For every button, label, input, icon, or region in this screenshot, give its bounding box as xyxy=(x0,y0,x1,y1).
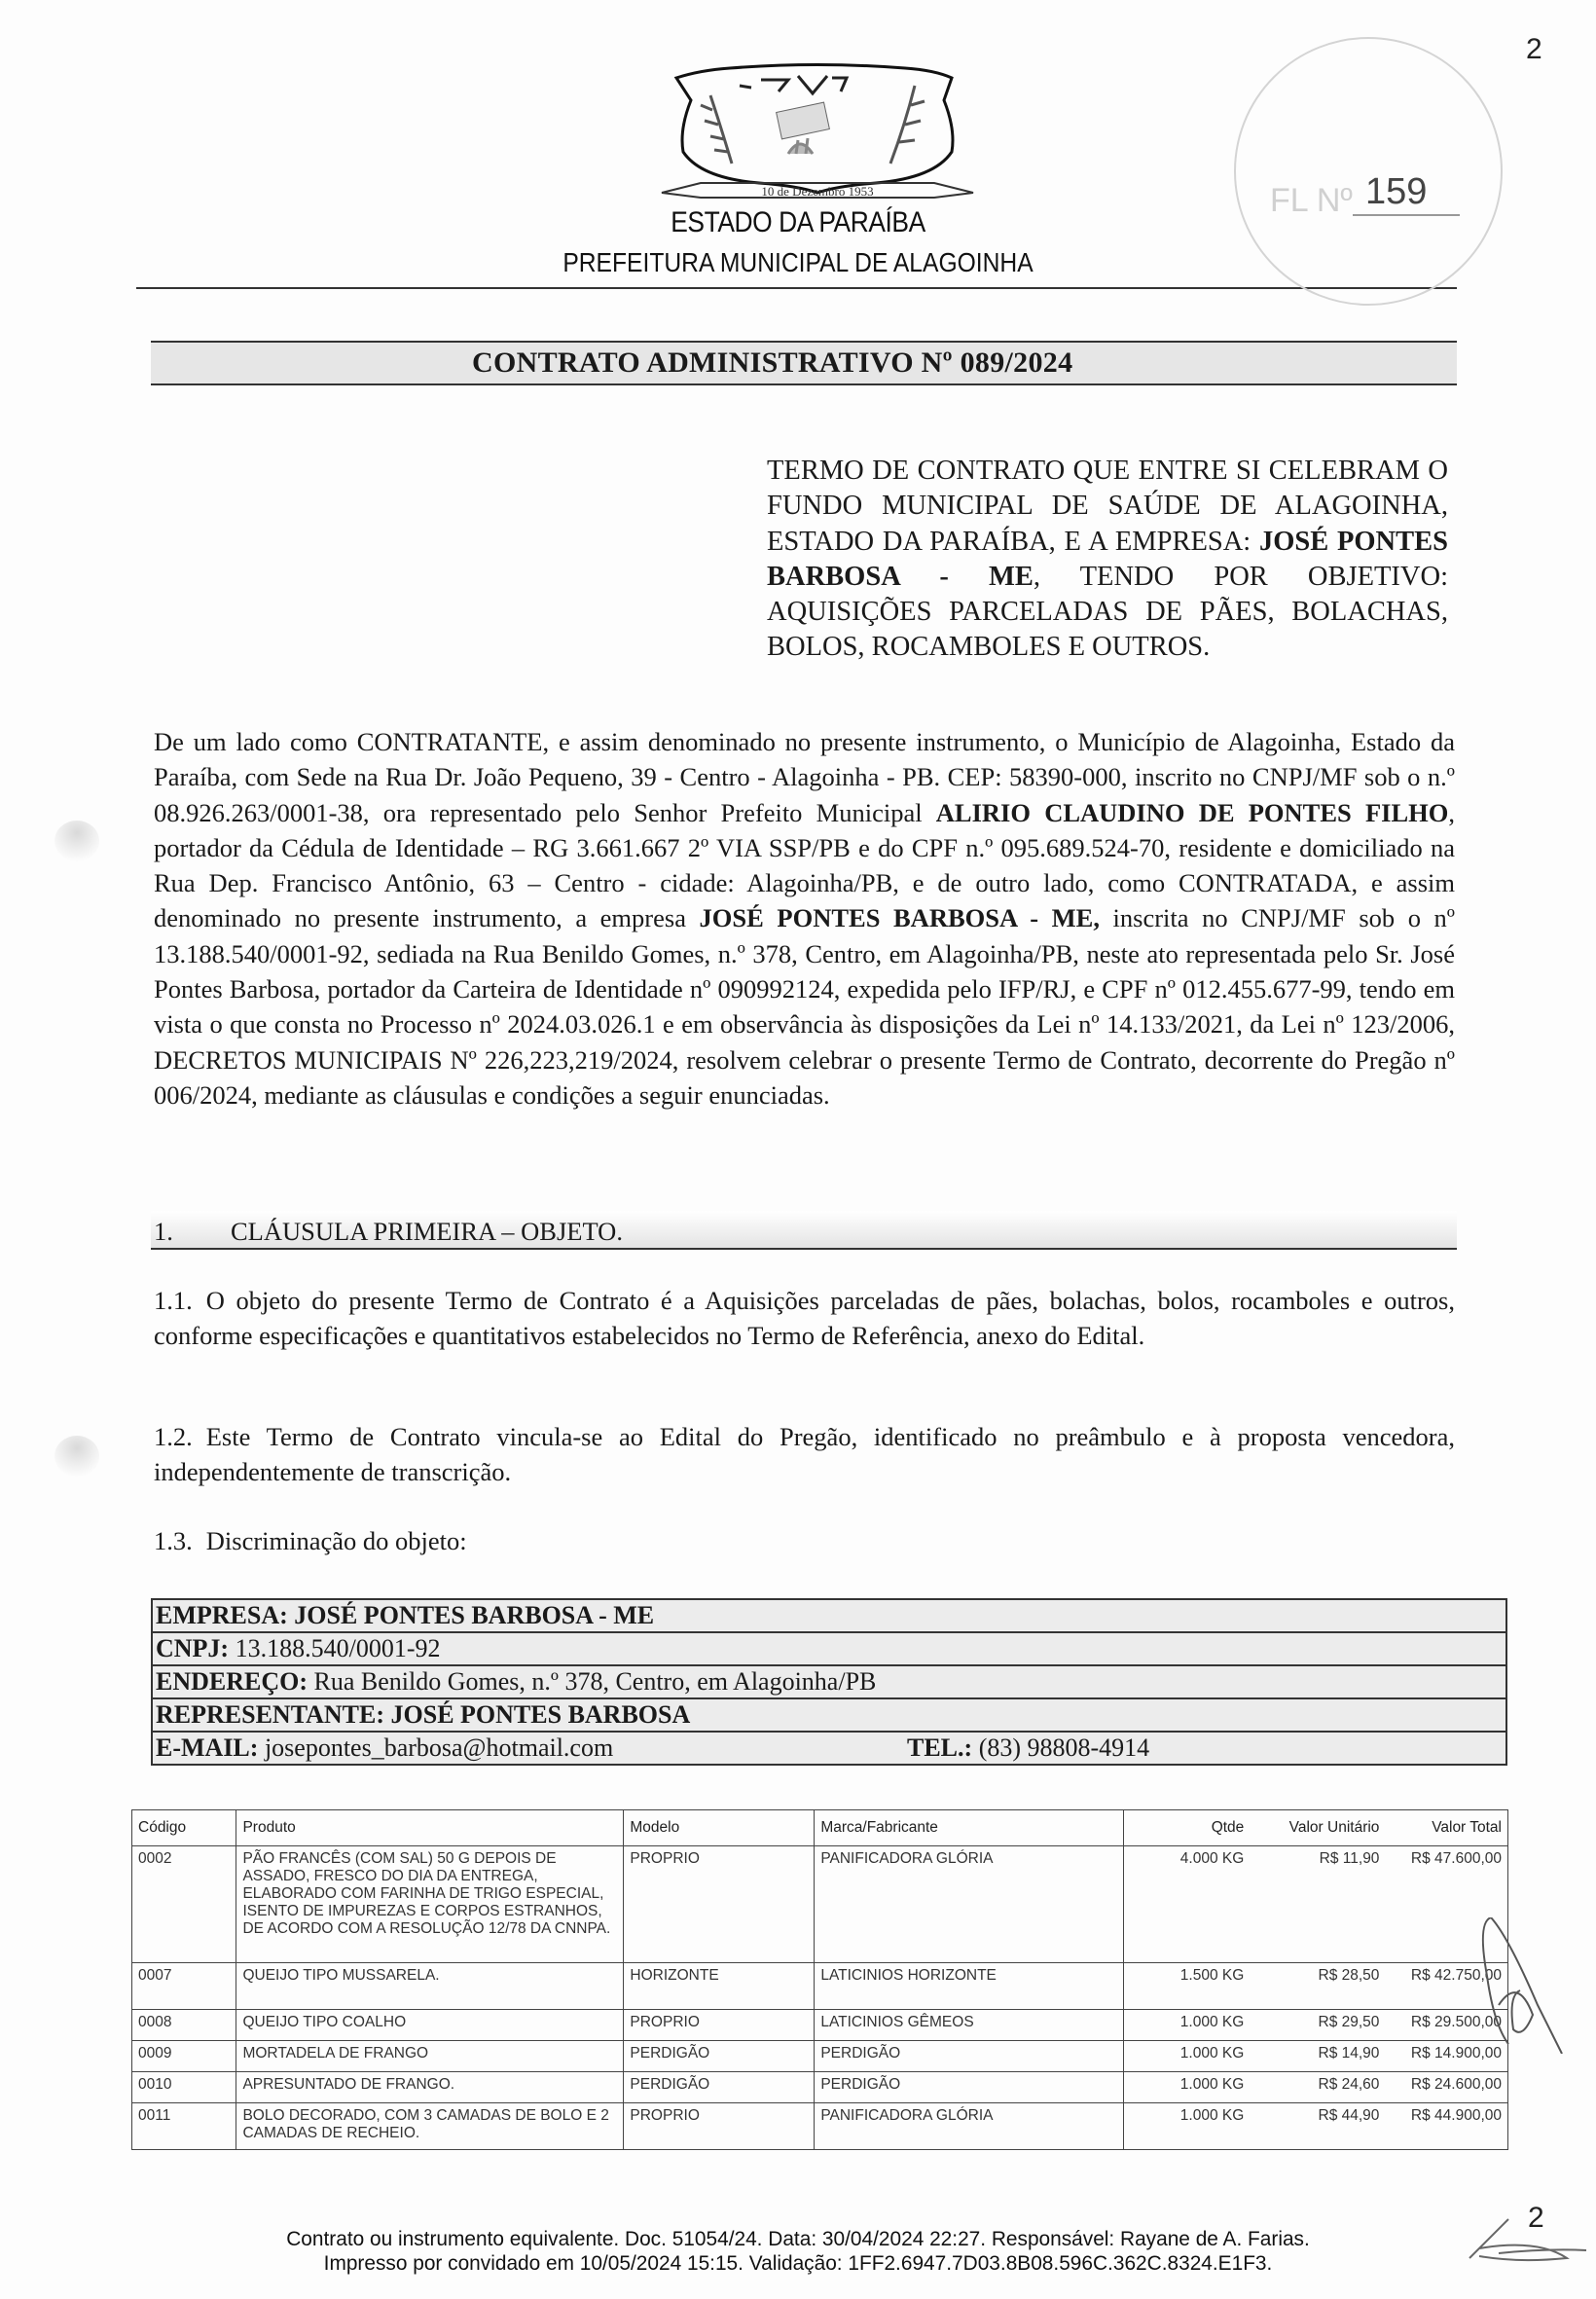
representante-value: JOSÉ PONTES BARBOSA xyxy=(391,1700,691,1729)
hole-punch-mark xyxy=(54,821,99,861)
empresa-label: EMPRESA: xyxy=(156,1601,288,1629)
cell-produto: PÃO FRANCÊS (COM SAL) 50 G DEPOIS DE ASS… xyxy=(236,1846,624,1963)
footer-validation: Impresso por convidado em 10/05/2024 15:… xyxy=(24,2251,1573,2276)
clause-1-heading: 1. CLÁUSULA PRIMEIRA – OBJETO. xyxy=(151,1211,1457,1250)
contract-title: CONTRATO ADMINISTRATIVO Nº 089/2024 xyxy=(472,347,1072,380)
stamp-underline xyxy=(1353,214,1460,216)
cell-produto: BOLO DECORADO, COM 3 CAMADAS DE BOLO E 2… xyxy=(236,2103,624,2150)
cell-valor-total: R$ 44.900,00 xyxy=(1385,2103,1507,2150)
item-number: 1.1. xyxy=(154,1286,193,1315)
tel-field: TEL.: (83) 98808-4914 xyxy=(907,1733,1149,1764)
col-produto: Produto xyxy=(236,1810,624,1846)
stamp-page-number: 159 xyxy=(1365,171,1427,213)
cell-modelo: PROPRIO xyxy=(624,2103,815,2150)
cell-modelo: PERDIGÃO xyxy=(624,2041,815,2072)
endereco-value: Rua Benildo Gomes, n.º 378, Centro, em A… xyxy=(314,1667,877,1696)
clause-item-1-2: 1.2.Este Termo de Contrato vincula-se ao… xyxy=(154,1419,1455,1490)
cell-codigo: 0011 xyxy=(132,2103,236,2150)
contract-title-bar: CONTRATO ADMINISTRATIVO Nº 089/2024 xyxy=(151,341,1457,385)
cell-codigo: 0007 xyxy=(132,1963,236,2010)
cell-produto: MORTADELA DE FRANGO xyxy=(236,2041,624,2072)
company-name: JOSÉ PONTES BARBOSA - ME, xyxy=(700,903,1100,932)
representante-label: REPRESENTANTE: xyxy=(156,1700,384,1729)
cell-codigo: 0008 xyxy=(132,2010,236,2041)
clause-item-1-3: 1.3.Discriminação do objeto: xyxy=(154,1523,1455,1558)
cell-codigo: 0009 xyxy=(132,2041,236,2072)
header-divider xyxy=(136,287,1457,289)
hole-punch-mark xyxy=(54,1436,99,1477)
cell-qtde: 1.000 KG xyxy=(1124,2072,1251,2103)
cell-valor-unitario: R$ 11,90 xyxy=(1250,1846,1385,1963)
empresa-row: EMPRESA: JOSÉ PONTES BARBOSA - ME xyxy=(153,1600,1505,1633)
table-row: 0009MORTADELA DE FRANGOPERDIGÃOPERDIGÃO1… xyxy=(132,2041,1508,2072)
cell-qtde: 4.000 KG xyxy=(1124,1846,1251,1963)
col-marca: Marca/Fabricante xyxy=(815,1810,1124,1846)
cell-qtde: 1.000 KG xyxy=(1124,2041,1251,2072)
tel-label: TEL.: xyxy=(907,1733,972,1762)
item-number: 1.2. xyxy=(154,1422,193,1451)
table-row: 0011BOLO DECORADO, COM 3 CAMADAS DE BOLO… xyxy=(132,2103,1508,2150)
municipal-coat-of-arms-icon: 10 de Dezembro 1953 xyxy=(642,56,993,202)
table-row: 0008QUEIJO TIPO COALHOPROPRIOLATICINIOS … xyxy=(132,2010,1508,2041)
email-row: E-MAIL: josepontes_barbosa@hotmail.com T… xyxy=(153,1733,1505,1764)
clause-title: CLÁUSULA PRIMEIRA – OBJETO. xyxy=(231,1217,623,1247)
item-text: Discriminação do objeto: xyxy=(206,1526,467,1555)
table-row: 0010APRESUNTADO DE FRANGO.PERDIGÃOPERDIG… xyxy=(132,2072,1508,2103)
tel-value: (83) 98808-4914 xyxy=(979,1733,1149,1762)
svg-text:10 de Dezembro 1953: 10 de Dezembro 1953 xyxy=(761,184,873,199)
cell-produto: QUEIJO TIPO COALHO xyxy=(236,2010,624,2041)
cell-marca: LATICINIOS HORIZONTE xyxy=(815,1963,1124,2010)
col-codigo: Código xyxy=(132,1810,236,1846)
email-label: E-MAIL: xyxy=(156,1733,258,1762)
cnpj-label: CNPJ: xyxy=(156,1634,229,1662)
table-row: 0002PÃO FRANCÊS (COM SAL) 50 G DEPOIS DE… xyxy=(132,1846,1508,1963)
empresa-value: JOSÉ PONTES BARBOSA - ME xyxy=(294,1601,654,1629)
cell-modelo: HORIZONTE xyxy=(624,1963,815,2010)
mayor-name: ALIRIO CLAUDINO DE PONTES FILHO xyxy=(936,798,1449,827)
intro-text: inscrita no CNPJ/MF sob o nº 13.188.540/… xyxy=(154,903,1455,1109)
cell-marca: PERDIGÃO xyxy=(815,2072,1124,2103)
preamble: TERMO DE CONTRATO QUE ENTRE SI CELEBRAM … xyxy=(767,454,1448,666)
cnpj-value: 13.188.540/0001-92 xyxy=(236,1634,441,1662)
cell-valor-unitario: R$ 14,90 xyxy=(1250,2041,1385,2072)
cell-valor-unitario: R$ 44,90 xyxy=(1250,2103,1385,2150)
cell-valor-total: R$ 24.600,00 xyxy=(1385,2072,1507,2103)
cell-produto: APRESUNTADO DE FRANGO. xyxy=(236,2072,624,2103)
cell-valor-unitario: R$ 29,50 xyxy=(1250,2010,1385,2041)
cell-marca: PERDIGÃO xyxy=(815,2041,1124,2072)
endereco-label: ENDEREÇO: xyxy=(156,1667,308,1696)
cell-valor-unitario: R$ 24,60 xyxy=(1250,2072,1385,2103)
item-number: 1.3. xyxy=(154,1526,193,1555)
table-row: 0007QUEIJO TIPO MUSSARELA.HORIZONTELATIC… xyxy=(132,1963,1508,2010)
representante-row: REPRESENTANTE: JOSÉ PONTES BARBOSA xyxy=(153,1699,1505,1733)
clause-item-1-1: 1.1.O objeto do presente Termo de Contra… xyxy=(154,1283,1455,1354)
page-number-top: 2 xyxy=(1526,33,1542,66)
items-table: Código Produto Modelo Marca/Fabricante Q… xyxy=(131,1809,1508,2150)
stamp-label: FL Nº xyxy=(1270,182,1353,220)
col-valor-unitario: Valor Unitário xyxy=(1250,1810,1385,1846)
footer-doc-info: Contrato ou instrumento equivalente. Doc… xyxy=(24,2227,1573,2251)
cell-marca: PANIFICADORA GLÓRIA xyxy=(815,2103,1124,2150)
cell-marca: PANIFICADORA GLÓRIA xyxy=(815,1846,1124,1963)
col-qtde: Qtde xyxy=(1124,1810,1251,1846)
cell-modelo: PROPRIO xyxy=(624,1846,815,1963)
handwritten-signature xyxy=(1479,1917,1586,2054)
email-link[interactable]: josepontes_barbosa@hotmail.com xyxy=(265,1733,613,1762)
cell-codigo: 0010 xyxy=(132,2072,236,2103)
col-modelo: Modelo xyxy=(624,1810,815,1846)
col-valor-total: Valor Total xyxy=(1385,1810,1507,1846)
item-text: Este Termo de Contrato vincula-se ao Edi… xyxy=(154,1422,1455,1486)
cell-qtde: 1.500 KG xyxy=(1124,1963,1251,2010)
cell-codigo: 0002 xyxy=(132,1846,236,1963)
cnpj-row: CNPJ: 13.188.540/0001-92 xyxy=(153,1633,1505,1666)
clause-number: 1. xyxy=(154,1217,173,1247)
cell-qtde: 1.000 KG xyxy=(1124,2010,1251,2041)
cell-modelo: PROPRIO xyxy=(624,2010,815,2041)
cell-qtde: 1.000 KG xyxy=(1124,2103,1251,2150)
company-info-box: EMPRESA: JOSÉ PONTES BARBOSA - ME CNPJ: … xyxy=(151,1598,1507,1766)
endereco-row: ENDEREÇO: Rua Benildo Gomes, n.º 378, Ce… xyxy=(153,1666,1505,1699)
table-header-row: Código Produto Modelo Marca/Fabricante Q… xyxy=(132,1810,1508,1846)
item-text: O objeto do presente Termo de Contrato é… xyxy=(154,1286,1455,1350)
cell-produto: QUEIJO TIPO MUSSARELA. xyxy=(236,1963,624,2010)
intro-paragraph: De um lado como CONTRATANTE, e assim den… xyxy=(154,724,1455,1113)
cell-modelo: PERDIGÃO xyxy=(624,2072,815,2103)
cell-marca: LATICINIOS GÊMEOS xyxy=(815,2010,1124,2041)
cell-valor-unitario: R$ 28,50 xyxy=(1250,1963,1385,2010)
